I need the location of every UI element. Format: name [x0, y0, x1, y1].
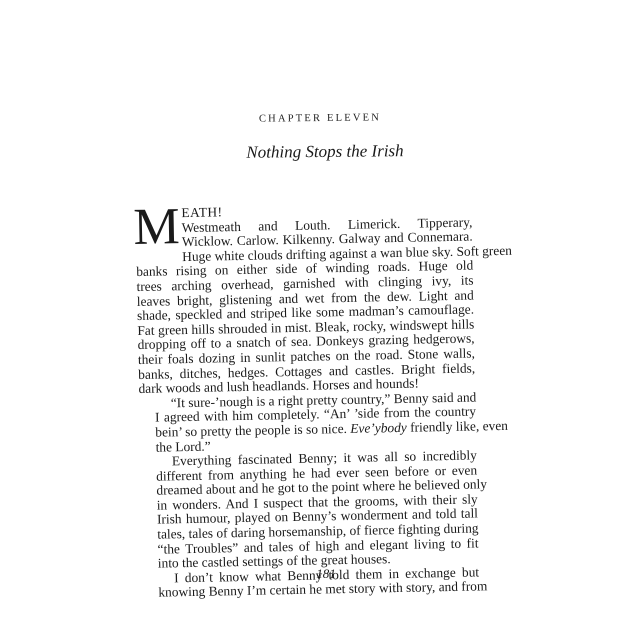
italic-word: Eve’ybody [350, 420, 407, 436]
paragraph-2: “It sure-’nough is a right pretty countr… [139, 390, 477, 455]
page-number: 181 [0, 566, 640, 582]
paragraph-3: Everything fascinated Benny; it was all … [140, 449, 479, 572]
chapter-title: Nothing Stops the Irish [0, 139, 640, 166]
drop-cap: M [133, 207, 180, 252]
paragraph-1: M EATH! Westmeath and Louth. Limerick. T… [135, 201, 476, 397]
chapter-body: M EATH! Westmeath and Louth. Limerick. T… [135, 201, 480, 601]
book-page: CHAPTER ELEVEN Nothing Stops the Irish M… [0, 0, 640, 640]
chapter-label: CHAPTER ELEVEN [0, 110, 640, 128]
